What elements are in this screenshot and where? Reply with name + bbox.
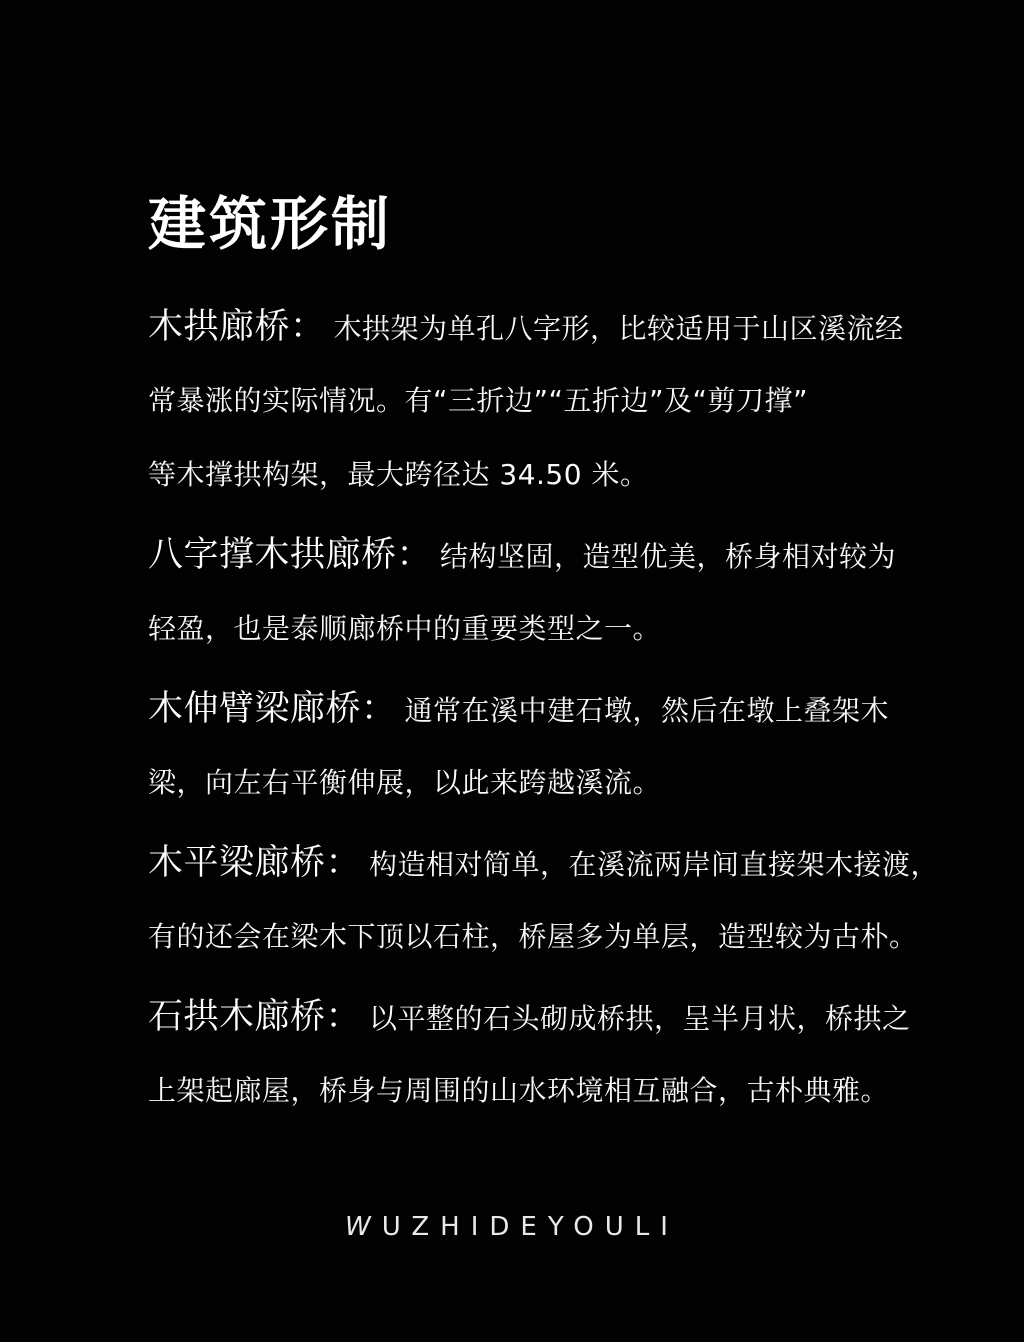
watermark: WUZHIDEYOULI [0,1210,1024,1244]
text-line: 上架起廊屋，桥身与周围的山水环境相互融合，古朴典雅。 [148,1054,938,1128]
text-line: 常暴涨的实际情况。有“三折边”“五折边”及“剪刀撑” [148,364,938,438]
text-line: 木伸臂梁廊桥：通常在溪中建石墩，然后在墩上叠架木 [148,672,938,746]
text-line: 木平梁廊桥：构造相对简单，在溪流两岸间直接架木接渡， [148,826,938,900]
text-line: 梁，向左右平衡伸展，以此来跨越溪流。 [148,746,938,820]
text-line: 木拱廊桥：木拱架为单孔八字形，比较适用于山区溪流经 [148,290,938,364]
text-content: 建筑形制 木拱廊桥：木拱架为单孔八字形，比较适用于山区溪流经 常暴涨的实际情况。… [148,188,938,1134]
text-span: 构造相对简单，在溪流两岸间直接架木接渡， [369,848,939,881]
text-span: 结构坚固，造型优美，桥身相对较为 [440,540,896,573]
watermark-rest: UZHIDEYOULI [382,1212,679,1242]
bridge-term: 木伸臂梁廊桥： [148,689,397,729]
text-span: 木拱架为单孔八字形，比较适用于山区溪流经 [334,312,904,345]
text-line: 石拱木廊桥：以平整的石头砌成桥拱，呈半月状，桥拱之 [148,980,938,1054]
bridge-section-cantilever-beam: 木伸臂梁廊桥：通常在溪中建石墩，然后在墩上叠架木 梁，向左右平衡伸展，以此来跨越… [148,672,938,820]
bridge-term: 石拱木廊桥： [148,997,361,1037]
bridge-term: 木平梁廊桥： [148,843,361,883]
text-line: 轻盈，也是泰顺廊桥中的重要类型之一。 [148,592,938,666]
document-page: 建筑形制 木拱廊桥：木拱架为单孔八字形，比较适用于山区溪流经 常暴涨的实际情况。… [0,0,1024,1342]
text-line: 等木撑拱构架，最大跨径达 34.50 米。 [148,438,938,512]
text-line: 八字撑木拱廊桥：结构坚固，造型优美，桥身相对较为 [148,518,938,592]
bridge-section-bazichен-wood-arch: 八字撑木拱廊桥：结构坚固，造型优美，桥身相对较为 轻盈，也是泰顺廊桥中的重要类型… [148,518,938,666]
bridge-term: 八字撑木拱廊桥： [148,535,432,575]
bridge-section-flat-beam: 木平梁廊桥：构造相对简单，在溪流两岸间直接架木接渡， 有的还会在梁木下顶以石柱，… [148,826,938,974]
text-span: 通常在溪中建石墩，然后在墩上叠架木 [405,694,890,727]
text-span: 以平整的石头砌成桥拱，呈半月状，桥拱之 [369,1002,911,1035]
bridge-section-wood-arch: 木拱廊桥：木拱架为单孔八字形，比较适用于山区溪流经 常暴涨的实际情况。有“三折边… [148,290,938,512]
text-line: 有的还会在梁木下顶以石柱，桥屋多为单层，造型较为古朴。 [148,900,938,974]
bridge-term: 木拱廊桥： [148,307,326,347]
page-title: 建筑形制 [148,188,938,260]
bridge-section-stone-arch: 石拱木廊桥：以平整的石头砌成桥拱，呈半月状，桥拱之 上架起廊屋，桥身与周围的山水… [148,980,938,1128]
watermark-first-letter: W [345,1212,382,1242]
